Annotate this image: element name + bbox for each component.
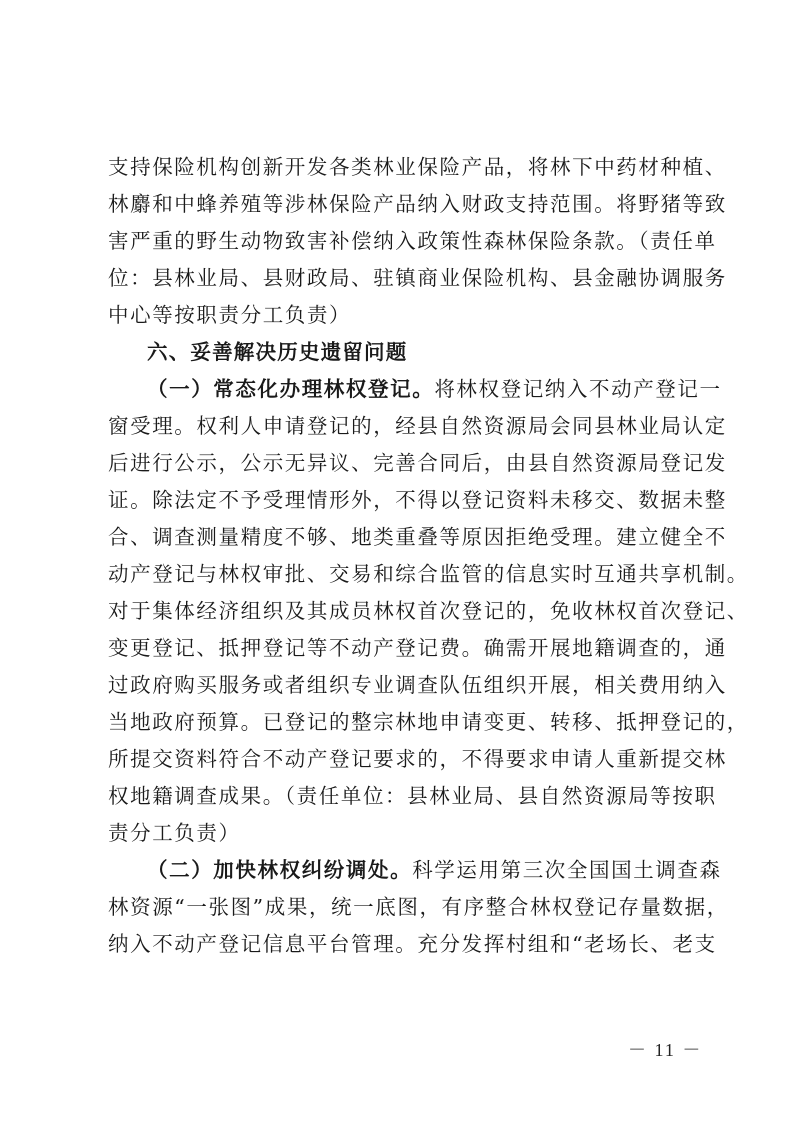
page-number: － 11 － xyxy=(628,1036,702,1062)
body-text-line: 变更登记、抵押登记等不动产登记费。确需开展地籍调查的，通 xyxy=(108,633,693,663)
section-heading: 六、妥善解决历史遗留问题 xyxy=(147,337,693,367)
subsection-2-title: （二）加快林权纠纷调处。 xyxy=(147,858,412,882)
body-text-line: 害严重的野生动物致害补偿纳入政策性森林保险条款。（责任单 xyxy=(108,226,693,256)
subsection-1-title: （一）常态化办理林权登记。 xyxy=(147,377,434,401)
subsection-2-first-line: （二）加快林权纠纷调处。科学运用第三次全国国土调查森 xyxy=(147,855,693,885)
body-text-line: 纳入不动产登记信息平台管理。充分发挥村组和“老场长、老支 xyxy=(108,929,693,959)
body-text-line: 所提交资料符合不动产登记要求的，不得要求申请人重新提交林 xyxy=(108,744,693,774)
body-text-line: 证。除法定不予受理情形外，不得以登记资料未移交、数据未整 xyxy=(108,485,693,515)
body-text-line: 中心等按职责分工负责） xyxy=(108,300,693,330)
body-text-line: 当地政府预算。已登记的整宗林地申请变更、转移、抵押登记的， xyxy=(108,707,693,737)
subsection-2-text: 科学运用第三次全国国土调查森 xyxy=(412,858,721,882)
document-page: 支持保险机构创新开发各类林业保险产品，将林下中药材种植、 林麝和中蜂养殖等涉林保… xyxy=(0,0,793,1122)
body-text-line: 权地籍调查成果。（责任单位：县林业局、县自然资源局等按职 xyxy=(108,781,693,811)
body-text-line: 过政府购买服务或者组织专业调查队伍组织开展，相关费用纳入 xyxy=(108,670,693,700)
subsection-1-text: 将林权登记纳入不动产登记一 xyxy=(434,377,721,401)
body-text-line: 支持保险机构创新开发各类林业保险产品，将林下中药材种植、 xyxy=(108,152,693,182)
subsection-1-first-line: （一）常态化办理林权登记。将林权登记纳入不动产登记一 xyxy=(147,374,693,404)
body-text-line: 位：县林业局、县财政局、驻镇商业保险机构、县金融协调服务 xyxy=(108,263,693,293)
body-text-line: 合、调查测量精度不够、地类重叠等原因拒绝受理。建立健全不 xyxy=(108,522,693,552)
body-text-line: 责分工负责） xyxy=(108,818,693,848)
body-text-line: 窗受理。权利人申请登记的，经县自然资源局会同县林业局认定 xyxy=(108,411,693,441)
body-text-line: 对于集体经济组织及其成员林权首次登记的，免收林权首次登记、 xyxy=(108,596,693,626)
body-text-line: 动产登记与林权审批、交易和综合监管的信息实时互通共享机制。 xyxy=(108,559,693,589)
body-text-line: 林资源“一张图”成果，统一底图，有序整合林权登记存量数据， xyxy=(108,892,693,922)
body-text-line: 后进行公示，公示无异议、完善合同后，由县自然资源局登记发 xyxy=(108,448,693,478)
body-text-line: 林麝和中蜂养殖等涉林保险产品纳入财政支持范围。将野猪等致 xyxy=(108,189,693,219)
